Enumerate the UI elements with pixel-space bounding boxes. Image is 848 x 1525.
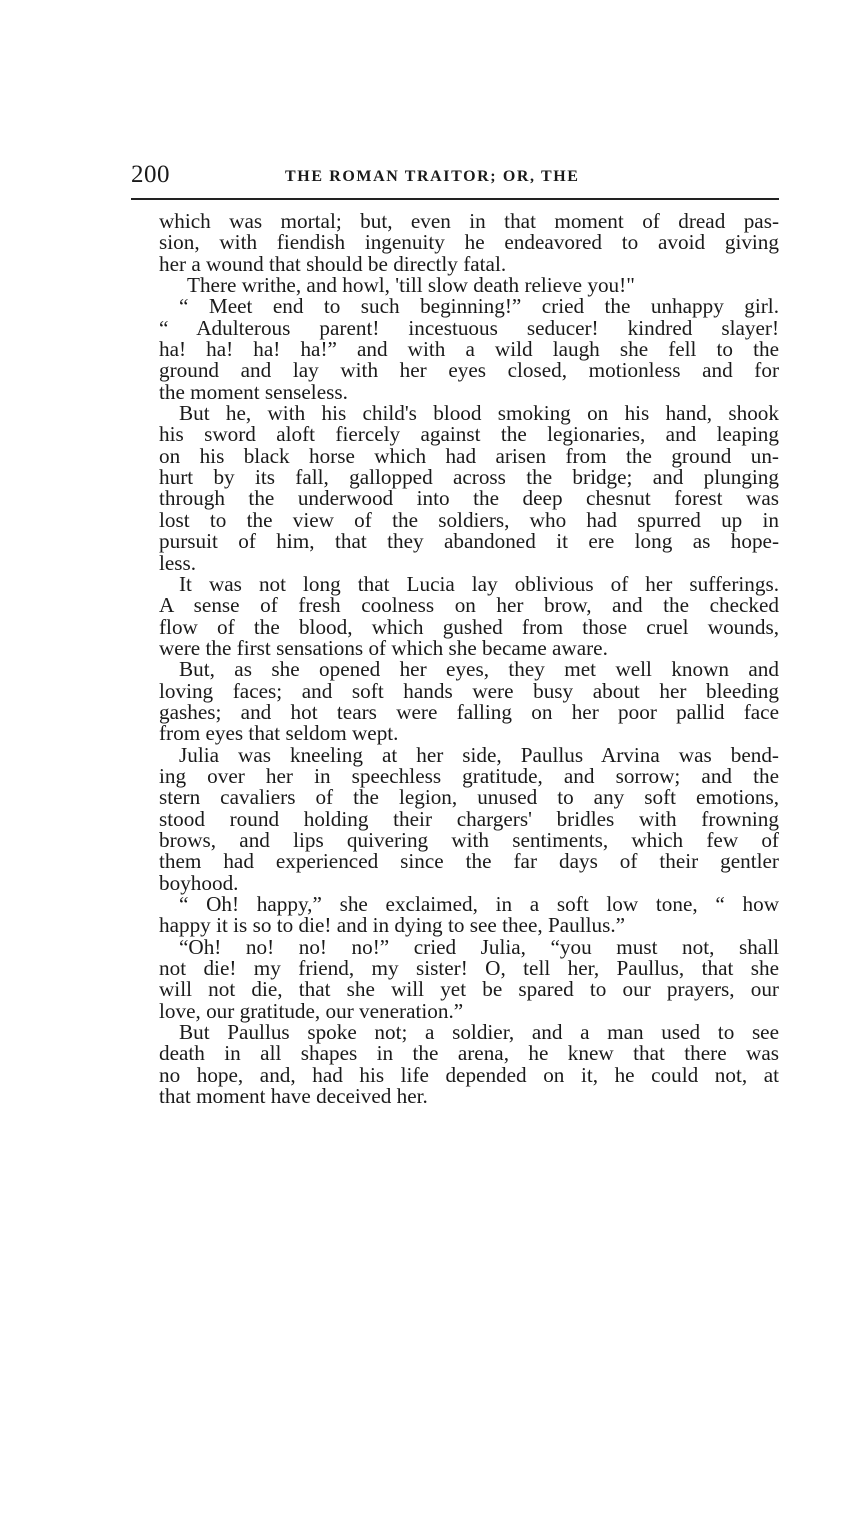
paragraph: “ Oh! happy,” she exclaimed, in a soft l…: [131, 894, 779, 937]
text-line: were the first sensations of which she b…: [131, 638, 779, 659]
paragraph: But he, with his child's blood smoking o…: [131, 403, 779, 574]
text-line: gashes; and hot tears were falling on he…: [131, 702, 779, 723]
text-line: “ Adulterous parent! incestuous seducer!…: [131, 318, 779, 339]
text-line: sion, with fiendish ingenuity he endeavo…: [131, 232, 779, 253]
text-line: will not die, that she will yet be spare…: [131, 979, 779, 1000]
text-line: But he, with his child's blood smoking o…: [131, 403, 779, 424]
book-page: 200 THE ROMAN TRAITOR; OR, THE which was…: [131, 160, 779, 1107]
text-line: less.: [131, 553, 779, 574]
text-line: his sword aloft fiercely against the leg…: [131, 424, 779, 445]
text-line: happy it is so to die! and in dying to s…: [131, 915, 779, 936]
text-line: stood round holding their chargers' brid…: [131, 809, 779, 830]
paragraph: It was not long that Lucia lay oblivious…: [131, 574, 779, 659]
text-line: through the underwood into the deep ches…: [131, 488, 779, 509]
text-line: But Paullus spoke not; a soldier, and a …: [131, 1022, 779, 1043]
text-line: But, as she opened her eyes, they met we…: [131, 659, 779, 680]
text-line: There writhe, and howl, 'till slow death…: [131, 275, 779, 296]
paragraph: “ Meet end to such beginning!” cried the…: [131, 296, 779, 403]
text-line: It was not long that Lucia lay oblivious…: [131, 574, 779, 595]
text-line: “ Oh! happy,” she exclaimed, in a soft l…: [131, 894, 779, 915]
paragraph: which was mortal; but, even in that mome…: [131, 211, 779, 275]
header-rule: [131, 198, 779, 200]
text-line: that moment have deceived her.: [131, 1086, 779, 1107]
text-line: them had experienced since the far days …: [131, 851, 779, 872]
text-line: “ Meet end to such beginning!” cried the…: [131, 296, 779, 317]
text-line: hurt by its fall, gallopped across the b…: [131, 467, 779, 488]
text-line: Julia was kneeling at her side, Paullus …: [131, 745, 779, 766]
text-line: ground and lay with her eyes closed, mot…: [131, 360, 779, 381]
text-line: brows, and lips quivering with sentiment…: [131, 830, 779, 851]
text-line: A sense of fresh coolness on her brow, a…: [131, 595, 779, 616]
text-line: loving faces; and soft hands were busy a…: [131, 681, 779, 702]
text-line: not die! my friend, my sister! O, tell h…: [131, 958, 779, 979]
running-title: THE ROMAN TRAITOR; OR, THE: [285, 164, 580, 190]
text-line: flow of the blood, which gushed from tho…: [131, 617, 779, 638]
page-number: 200: [131, 160, 170, 190]
text-line: ing over her in speechless gratitude, an…: [131, 766, 779, 787]
paragraph: But, as she opened her eyes, they met we…: [131, 659, 779, 744]
text-line: lost to the view of the soldiers, who ha…: [131, 510, 779, 531]
text-line: death in all shapes in the arena, he kne…: [131, 1043, 779, 1064]
paragraph: Julia was kneeling at her side, Paullus …: [131, 745, 779, 894]
running-head: 200 THE ROMAN TRAITOR; OR, THE: [131, 160, 779, 190]
text-line: boyhood.: [131, 873, 779, 894]
paragraph: But Paullus spoke not; a soldier, and a …: [131, 1022, 779, 1107]
text-line: on his black horse which had arisen from…: [131, 446, 779, 467]
text-line: ha! ha! ha! ha!” and with a wild laugh s…: [131, 339, 779, 360]
text-line: “Oh! no! no! no!” cried Julia, “you must…: [131, 937, 779, 958]
text-line: no hope, and, had his life depended on i…: [131, 1065, 779, 1086]
text-line: stern cavaliers of the legion, unused to…: [131, 787, 779, 808]
paragraph: “Oh! no! no! no!” cried Julia, “you must…: [131, 937, 779, 1022]
paragraph: There writhe, and howl, 'till slow death…: [131, 275, 779, 296]
text-line: love, our gratitude, our veneration.”: [131, 1001, 779, 1022]
text-line: pursuit of him, that they abandoned it e…: [131, 531, 779, 552]
text-line: the moment senseless.: [131, 382, 779, 403]
text-line: from eyes that seldom wept.: [131, 723, 779, 744]
text-line: which was mortal; but, even in that mome…: [131, 211, 779, 232]
body-text: which was mortal; but, even in that mome…: [131, 211, 779, 1107]
text-line: her a wound that should be directly fata…: [131, 254, 779, 275]
